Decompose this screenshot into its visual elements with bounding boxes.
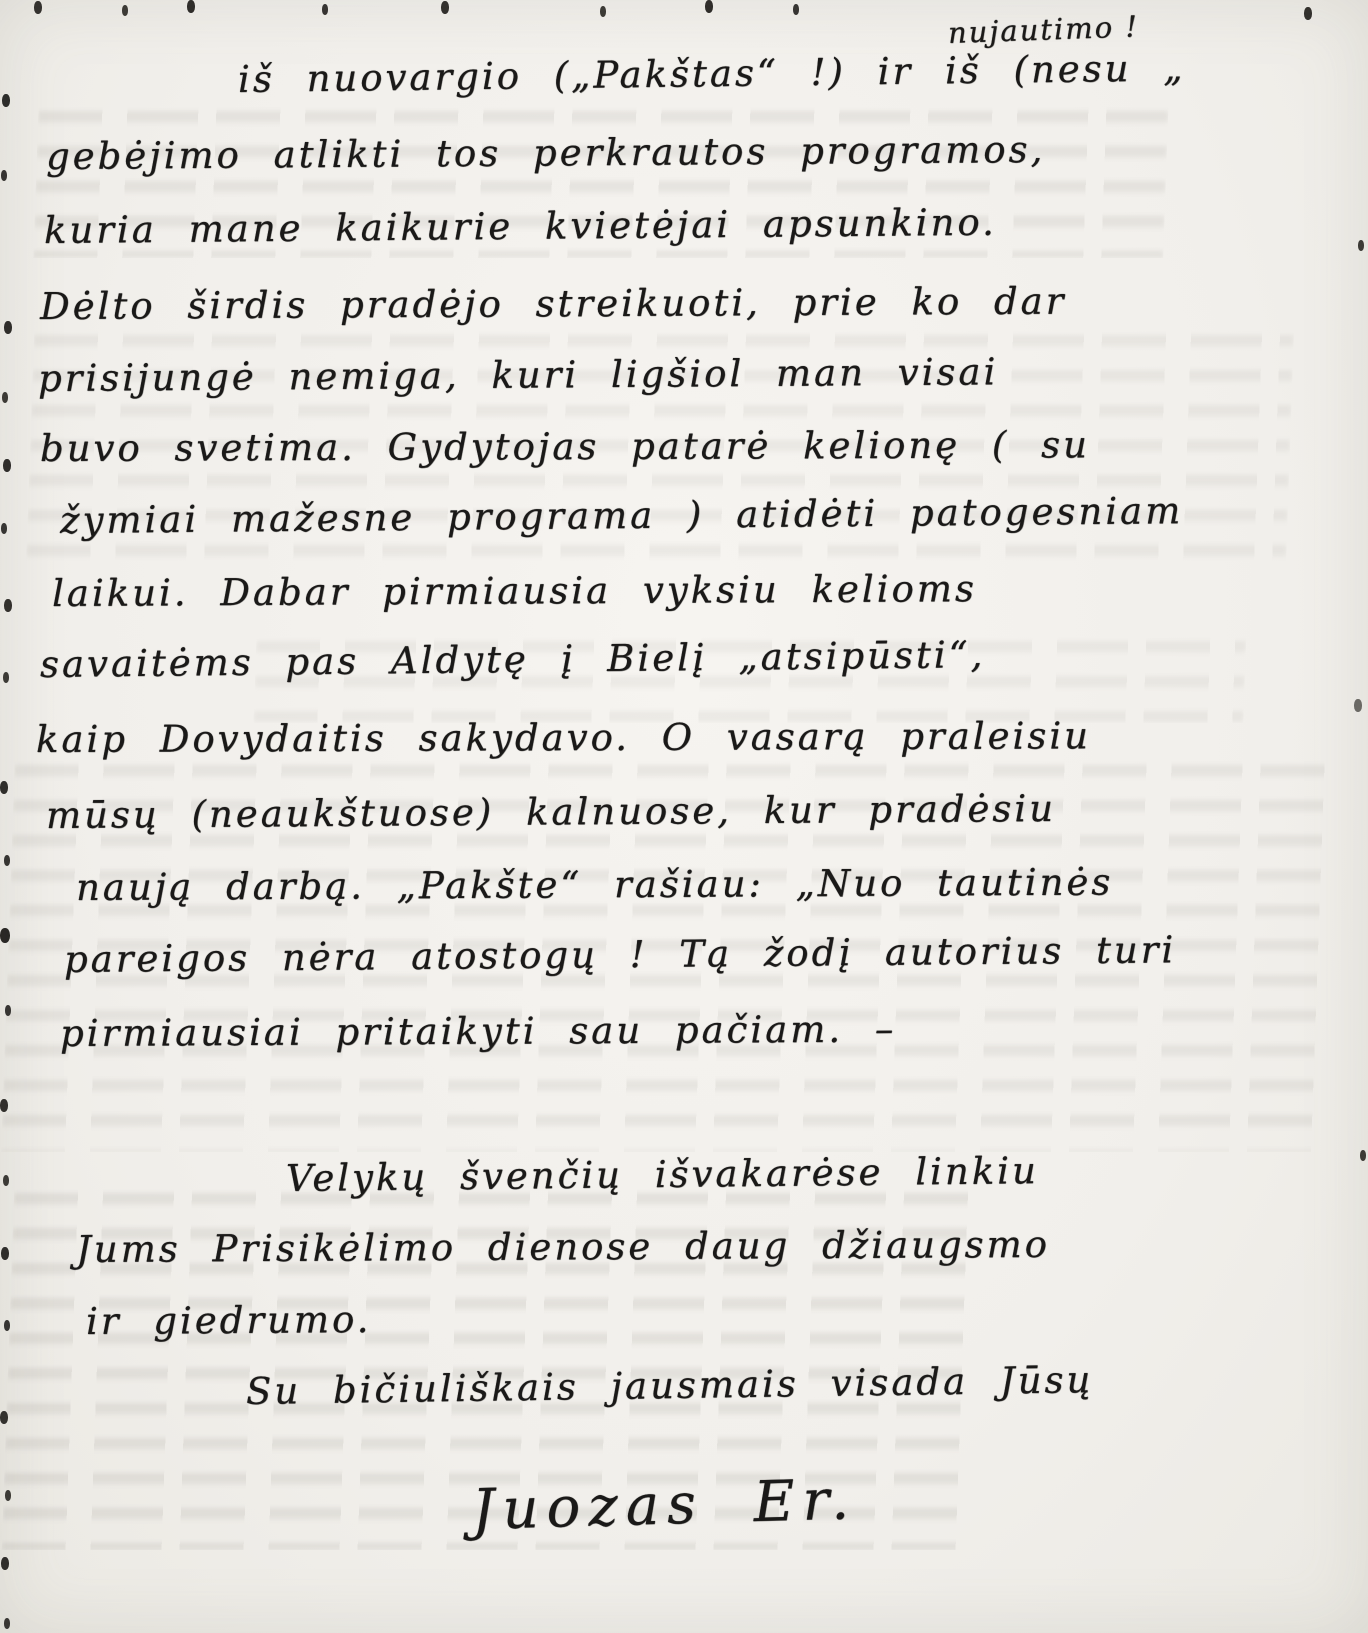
scan-edge-artifacts — [0, 0, 6, 11]
letter-line: kaip Dovydaitis sakydavo. O vasarą prale… — [36, 714, 1091, 761]
letter-line: Su bičiuliškais jausmais visada Jūsų — [246, 1358, 1094, 1413]
letter-line: žymiai mažesne programa ) atidėti patoge… — [60, 489, 1184, 542]
letter-line: pareigos nėra atostogų ! Tą žodį autoriu… — [64, 928, 1177, 981]
letter-line: buvo svetima. Gydytojas patarė kelionę (… — [40, 423, 1090, 470]
letter-line: iš nuovargio („Pakštas“ !) ir iš (nesu „ — [238, 46, 1186, 101]
letter-line: prisijungė nemiga, kuri ligšiol man visa… — [38, 350, 999, 400]
letter-line: ir giedrumo. — [86, 1298, 372, 1343]
letter-line: laikui. Dabar pirmiausia vyksiu kelioms — [52, 567, 977, 615]
signature: Juozas Er. — [471, 1467, 858, 1543]
letter-line: mūsų (neaukštuose) kalnuose, kur pradėsi… — [46, 787, 1056, 837]
letter-line: savaitėms pas Aldytę į Bielį „atsipūsti“… — [40, 633, 986, 686]
letter-line: Jums Prisikėlimo dienose daug džiaugsmo — [76, 1223, 1050, 1271]
letter-line: gebėjimo atlikti tos perkrautos programo… — [46, 128, 1046, 178]
letter-line: pirmiausiai pritaikyti sau pačiam. – — [60, 1008, 897, 1055]
letter-line: Dėlto širdis pradėjo streikuoti, prie ko… — [40, 280, 1067, 328]
letter-line: naują darbą. „Pakšte“ rašiau: „Nuo tauti… — [76, 861, 1114, 909]
letter-line: kuria mane kaikurie kvietėjai apsunkino. — [44, 201, 997, 252]
letter-page: nujautimo ! iš nuovargio („Pakštas“ !) i… — [0, 0, 1368, 1633]
letter-line: Velykų švenčių išvakarėse linkiu — [286, 1149, 1039, 1200]
inserted-word-above-line: nujautimo ! — [947, 9, 1139, 50]
